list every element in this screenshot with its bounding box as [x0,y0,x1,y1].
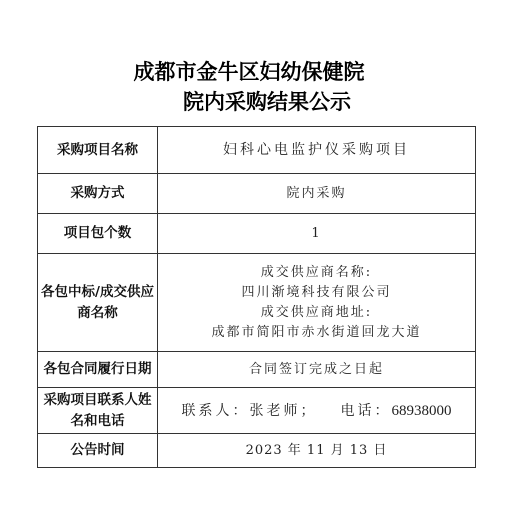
row-label-contract-period: 各包合同履行日期 [38,352,158,388]
document-title-line1: 成都市金牛区妇幼保健院 [0,56,508,86]
row-value-project-name: 妇科心电监护仪采购项目 [158,127,476,174]
row-value-package-count: 1 [158,214,476,254]
row-value-contract-period: 合同签订完成之日起 [158,352,476,388]
table-row: 各包合同履行日期 合同签订完成之日起 [38,352,476,388]
row-label-supplier: 各包中标/成交供应商名称 [38,254,158,352]
row-label-package-count: 项目包个数 [38,214,158,254]
row-label-contact: 采购项目联系人姓名和电话 [38,388,158,434]
supplier-name-label: 成交供应商名称: [158,263,475,283]
row-label-announcement-date: 公告时间 [38,434,158,468]
table-row: 项目包个数 1 [38,214,476,254]
procurement-result-table: 采购项目名称 妇科心电监护仪采购项目 采购方式 院内采购 项目包个数 1 各包中… [37,126,476,468]
supplier-address: 成都市简阳市赤水街道回龙大道 [158,323,475,343]
row-value-procurement-method: 院内采购 [158,174,476,214]
row-value-announcement-date: 2023 年 11 月 13 日 [158,434,476,468]
row-label-project-name: 采购项目名称 [38,127,158,174]
row-label-procurement-method: 采购方式 [38,174,158,214]
table-row: 采购项目名称 妇科心电监护仪采购项目 [38,127,476,174]
row-value-contact: 联系人：张老师； 电话：68938000 [158,388,476,434]
table-row: 各包中标/成交供应商名称 成交供应商名称: 四川渐境科技有限公司 成交供应商地址… [38,254,476,352]
table-row: 采购项目联系人姓名和电话 联系人：张老师； 电话：68938000 [38,388,476,434]
supplier-address-label: 成交供应商地址: [158,303,475,323]
phone-number: 68938000 [391,403,451,419]
supplier-name: 四川渐境科技有限公司 [158,283,475,303]
document-title-line2: 院内采购结果公示 [8,86,518,116]
phone-label: 电话： [340,403,391,419]
table-row: 公告时间 2023 年 11 月 13 日 [38,434,476,468]
contact-person: 联系人：张老师； [182,403,318,419]
table-row: 采购方式 院内采购 [38,174,476,214]
row-value-supplier: 成交供应商名称: 四川渐境科技有限公司 成交供应商地址: 成都市简阳市赤水街道回… [158,254,476,352]
